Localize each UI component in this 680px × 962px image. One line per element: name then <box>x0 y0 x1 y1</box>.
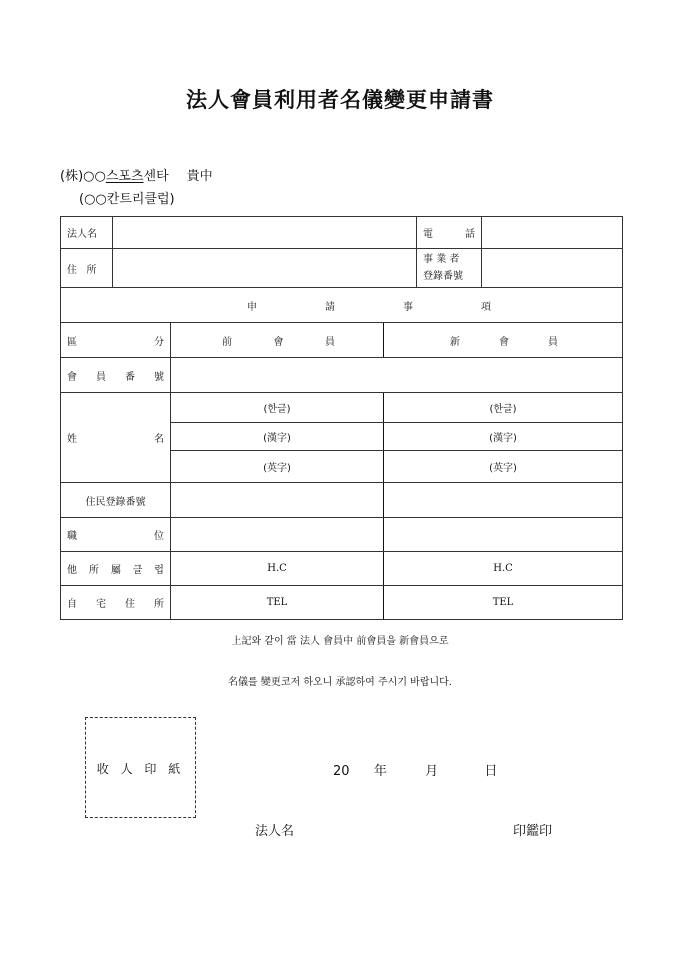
home-address-label: 自宅住所 <box>61 586 171 620</box>
statement-line-1: 上記와 같이 當 法人 會員中 前會員을 新會員으로 <box>0 632 680 647</box>
member-no-label: 會員番號 <box>61 358 171 393</box>
prev-name-hanja-field[interactable]: (漢字) <box>171 423 384 451</box>
phone-label: 電話 <box>417 217 482 249</box>
recipient-underlined: 스포츠 <box>106 169 144 184</box>
division-label: 區分 <box>61 323 171 358</box>
new-name-hanja-field[interactable]: (漢字) <box>384 423 623 451</box>
prev-position-field[interactable] <box>171 518 384 552</box>
biz-reg-field[interactable] <box>482 249 623 288</box>
corp-name-field[interactable] <box>113 217 417 249</box>
position-label: 職位 <box>61 518 171 552</box>
resident-no-label: 住民登錄番號 <box>61 483 171 518</box>
signature-corp-name: 法人名 <box>255 820 294 839</box>
other-club-label: 他所屬클럽 <box>61 552 171 586</box>
prev-resident-no-field[interactable] <box>171 483 384 518</box>
address-label: 住 所 <box>61 249 113 288</box>
signature-seal: 印鑑印 <box>513 820 552 839</box>
prev-other-club-field[interactable]: H.C <box>171 552 384 586</box>
date-line: 20 年 月 日 <box>333 760 497 779</box>
prev-member-header: 前會員 <box>171 323 384 358</box>
member-no-field[interactable] <box>171 358 623 393</box>
new-member-header: 新會員 <box>384 323 623 358</box>
document-title: 法人會員利用者名儀變更申請書 <box>0 84 680 114</box>
recipient-prefix: (株)○○ <box>60 169 106 184</box>
biz-reg-label: 事 業 者登錄番號 <box>417 249 482 288</box>
date-day: 日 <box>484 760 497 779</box>
application-form-table: 法人名 電話 住 所 事 業 者登錄番號 申請事項 區分 前會員 新會員 會員番… <box>60 216 623 620</box>
revenue-stamp-label: 收 人 印 紙 <box>85 760 196 777</box>
prev-name-english-field[interactable]: (英字) <box>171 451 384 483</box>
recipient-subline: (○○칸트리클럽) <box>79 188 175 207</box>
recipient-suffix: 센타 <box>144 169 169 184</box>
section-header: 申請事項 <box>61 288 623 323</box>
date-month: 月 <box>425 760 438 779</box>
prev-home-address-field[interactable]: TEL <box>171 586 384 620</box>
new-name-english-field[interactable]: (英字) <box>384 451 623 483</box>
new-resident-no-field[interactable] <box>384 483 623 518</box>
new-home-address-field[interactable]: TEL <box>384 586 623 620</box>
date-year-prefix[interactable]: 20 <box>333 764 350 779</box>
date-year: 年 <box>374 760 387 779</box>
recipient-honorific: 貴中 <box>187 169 213 184</box>
corp-name-label: 法人名 <box>61 217 113 249</box>
name-label: 姓名 <box>61 393 171 483</box>
phone-field[interactable] <box>482 217 623 249</box>
recipient-line: (株)○○스포츠센타貴中 <box>60 165 213 184</box>
new-other-club-field[interactable]: H.C <box>384 552 623 586</box>
statement-line-2: 名儀를 變更코저 하오니 承認하여 주시기 바랍니다. <box>0 673 680 688</box>
address-field[interactable] <box>113 249 417 288</box>
new-position-field[interactable] <box>384 518 623 552</box>
prev-name-korean-field[interactable]: (한글) <box>171 393 384 423</box>
new-name-korean-field[interactable]: (한글) <box>384 393 623 423</box>
